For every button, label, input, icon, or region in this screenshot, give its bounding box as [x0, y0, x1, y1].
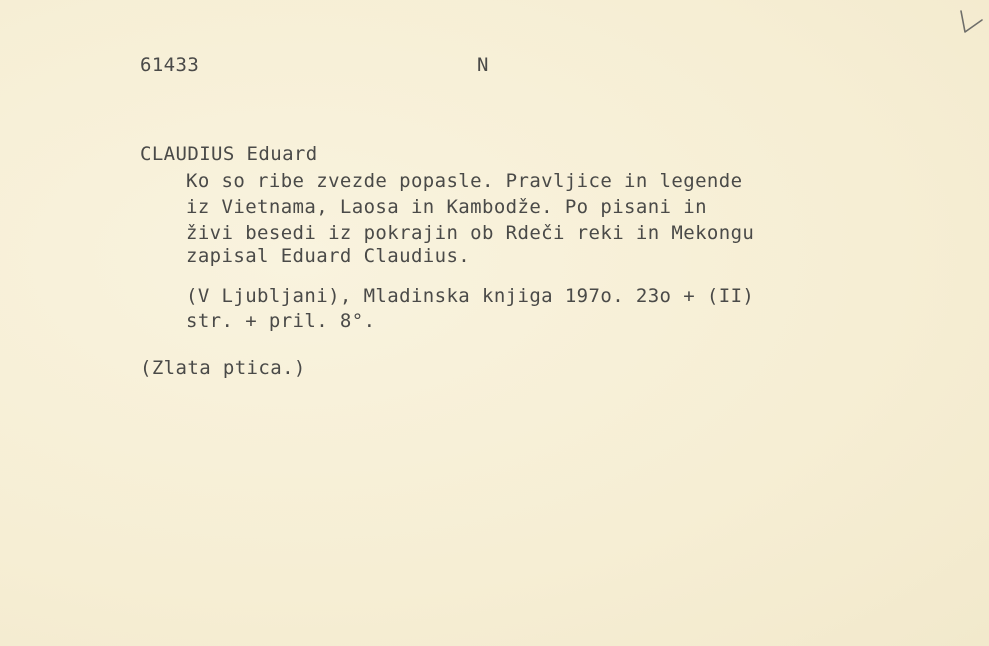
title-line-1: Ko so ribe zvezde popasle. Pravljice in …	[186, 168, 742, 194]
series-note: (Zlata ptica.)	[140, 355, 306, 381]
title-line-2: iz Vietnama, Laosa in Kambodže. Po pisan…	[186, 194, 707, 220]
title-line-4: zapisal Eduard Claudius.	[186, 243, 470, 269]
catalog-card: 61433 N CLAUDIUS Eduard Ko so ribe zvezd…	[0, 0, 989, 646]
imprint-line-2: str. + pril. 8°.	[186, 308, 375, 334]
call-number: 61433	[140, 52, 199, 78]
check-mark-icon	[958, 6, 984, 36]
author-heading: CLAUDIUS Eduard	[140, 141, 318, 167]
imprint-line-1: (V Ljubljani), Mladinska knjiga 197o. 23…	[186, 283, 754, 309]
marker-letter: N	[477, 52, 489, 78]
